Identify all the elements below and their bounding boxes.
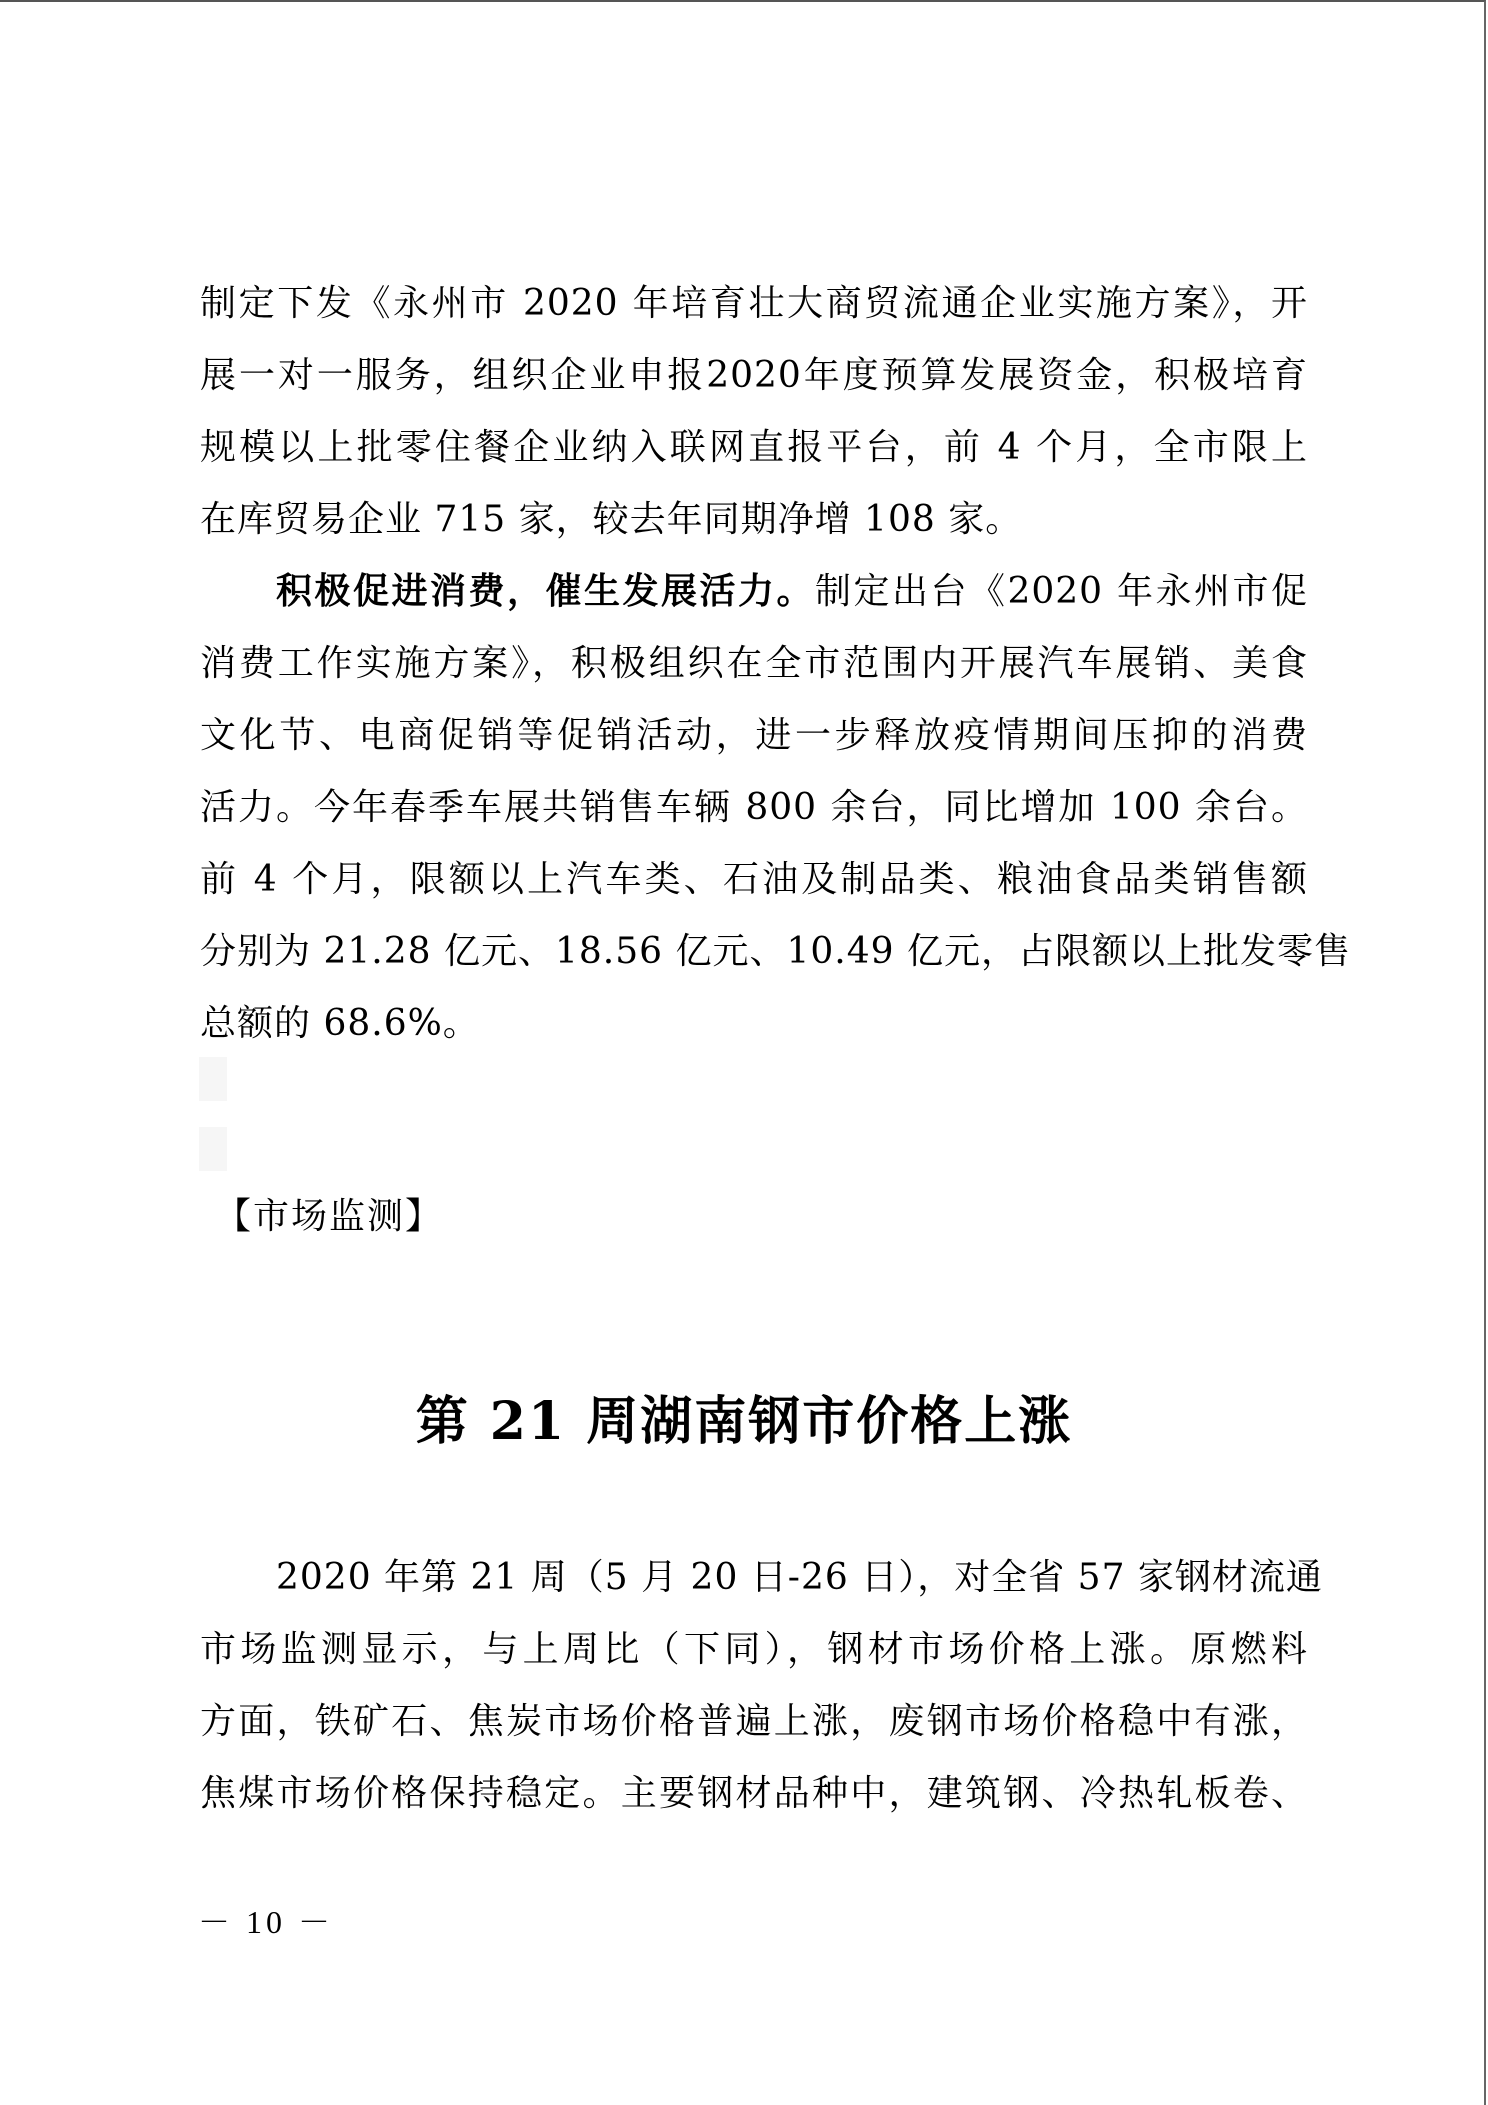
text-line: 总额的 68.6%。: [200, 988, 1308, 1060]
paragraph-promote-consumption: 积极促进消费，催生发展活力。制定出台《2020 年永州市促 消费工作实施方案》，…: [200, 556, 1308, 1060]
section-tag-market-monitoring: 【市场监测】: [215, 1192, 443, 1242]
text-line: 文化节、电商促销等促销活动，进一步释放疫情期间压抑的消费: [200, 700, 1308, 772]
text-line: 在库贸易企业 715 家，较去年同期净增 108 家。: [200, 484, 1308, 556]
blank-line-marker: [199, 1127, 227, 1171]
text-line: 前 4 个月，限额以上汽车类、石油及制品类、粮油食品类销售额: [200, 844, 1308, 916]
text-line: 方面，铁矿石、焦炭市场价格普遍上涨，废钢市场价格稳中有涨，: [200, 1686, 1308, 1758]
text-line: 分别为 21.28 亿元、18.56 亿元、10.49 亿元，占限额以上批发零售: [200, 916, 1308, 988]
text-line: 消费工作实施方案》，积极组织在全市范围内开展汽车展销、美食: [200, 628, 1308, 700]
text-fragment: 制定出台《2020 年永州市促: [815, 571, 1308, 612]
text-line: 规模以上批零住餐企业纳入联网直报平台，前 4 个月，全市限上: [200, 412, 1308, 484]
text-line: 2020 年第 21 周（5 月 20 日-26 日），对全省 57 家钢材流通: [200, 1542, 1308, 1614]
blank-line-marker: [199, 1057, 227, 1101]
text-line: 市场监测显示，与上周比（下同），钢材市场价格上涨。原燃料: [200, 1614, 1308, 1686]
article-title: 第 21 周湖南钢市价格上涨: [0, 1387, 1488, 1457]
paragraph-enterprise-cultivation: 制定下发《永州市 2020 年培育壮大商贸流通企业实施方案》，开 展一对一服务，…: [200, 268, 1308, 556]
page-number: － 10 －: [198, 1902, 334, 1942]
text-line: 焦煤市场价格保持稳定。主要钢材品种中，建筑钢、冷热轧板卷、: [200, 1758, 1308, 1830]
text-line: 制定下发《永州市 2020 年培育壮大商贸流通企业实施方案》，开: [200, 268, 1308, 340]
text-line: 活力。今年春季车展共销售车辆 800 余台，同比增加 100 余台。: [200, 772, 1308, 844]
paragraph-lead-heading: 积极促进消费，催生发展活力。: [276, 571, 815, 612]
text-line: 展一对一服务，组织企业申报2020年度预算发展资金，积极培育: [200, 340, 1308, 412]
document-page: 制定下发《永州市 2020 年培育壮大商贸流通企业实施方案》，开 展一对一服务，…: [0, 0, 1486, 2105]
text-line-first: 积极促进消费，催生发展活力。制定出台《2020 年永州市促: [200, 556, 1308, 628]
article-body: 2020 年第 21 周（5 月 20 日-26 日），对全省 57 家钢材流通…: [200, 1542, 1308, 1830]
